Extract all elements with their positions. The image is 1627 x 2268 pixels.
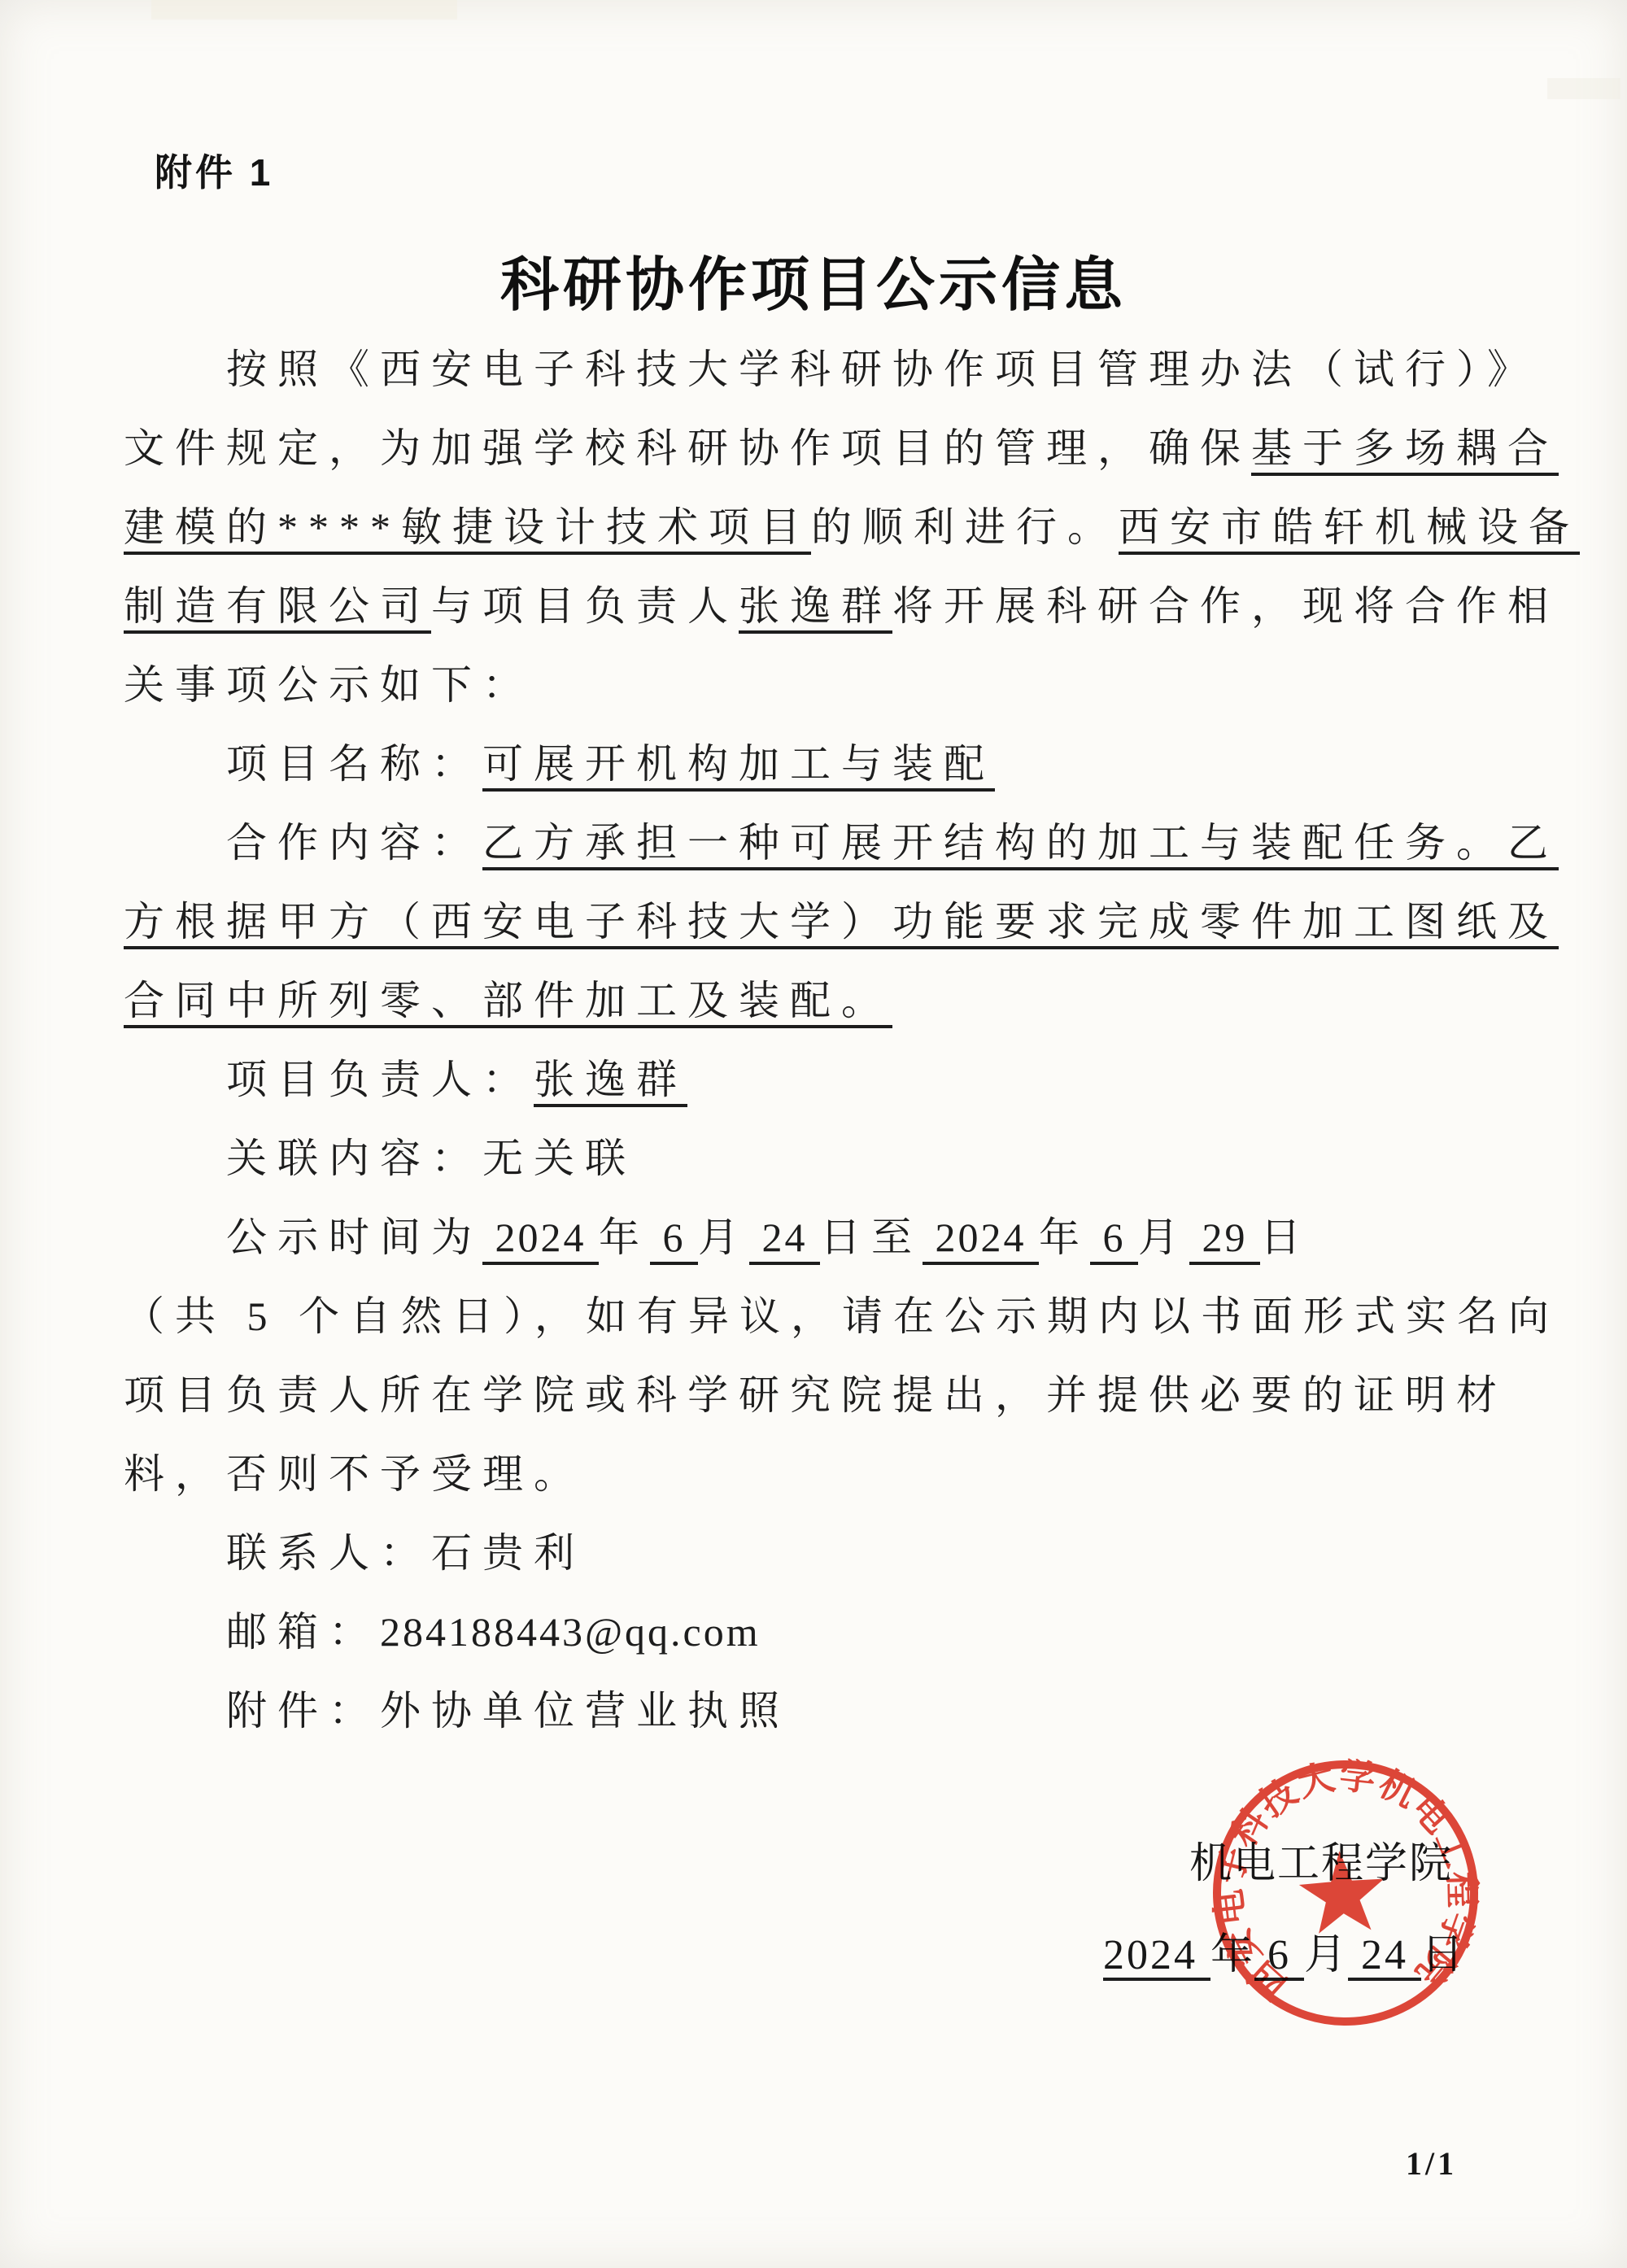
text-line: 方根据甲方（西安电子科技大学）功能要求完成零件加工图纸及 <box>124 883 1555 962</box>
text-segment: （共 5 个自然日），如有异议，请在公示期内以书面形式实名向 <box>124 1293 1559 1339</box>
text-line: 公示时间为 2024 年 6 月 24 日至 2024 年 6 月 29 日 <box>124 1198 1555 1277</box>
text-segment: 建模的****敏捷设计技术项目 <box>124 504 811 550</box>
text-segment: 关事项公示如下： <box>124 662 534 708</box>
text-line: 合同中所列零、部件加工及装配。 <box>124 962 1555 1040</box>
text-segment: 项目负责人所在学院或科学研究院提出，并提供必要的证明材 <box>124 1372 1507 1418</box>
text-segment: 年 <box>599 1215 650 1260</box>
text-segment: 2024 <box>923 1215 1039 1260</box>
text-segment: 方根据甲方（西安电子科技大学）功能要求完成零件加工图纸及 <box>124 899 1559 944</box>
text-segment: 与项目负责人 <box>431 583 739 629</box>
text-line: 合作内容：乙方承担一种可展开结构的加工与装配任务。乙 <box>124 804 1555 883</box>
text-line: 附件：外协单位营业执照 <box>124 1672 1555 1751</box>
text-line: 关联内容：无关联 <box>124 1119 1555 1198</box>
text-line: （共 5 个自然日），如有异议，请在公示期内以书面形式实名向 <box>124 1277 1555 1356</box>
page-title: 科研协作项目公示信息 <box>0 238 1627 322</box>
text-segment: 项目名称： <box>226 741 482 787</box>
text-segment: 月 <box>1138 1215 1189 1260</box>
body-text: 按照《西安电子科技大学科研协作项目管理办法（试行）》文件规定，为加强学校科研协作… <box>124 330 1555 1751</box>
text-segment: 乙方承担一种可展开结构的加工与装配任务。乙 <box>482 820 1559 866</box>
text-segment: 文件规定，为加强学校科研协作项目的管理，确保 <box>124 425 1251 471</box>
text-segment: 的顺利进行。 <box>811 504 1119 550</box>
text-segment: 年 <box>1039 1215 1090 1260</box>
text-segment: 将开展科研合作，现将合作相 <box>892 583 1559 629</box>
text-segment: 6 <box>1090 1215 1138 1260</box>
text-line: 料，否则不予受理。 <box>124 1435 1555 1514</box>
text-segment: 可展开机构加工与装配 <box>482 741 995 787</box>
text-segment: 6 <box>650 1215 698 1260</box>
text-segment: 附件：外协单位营业执照 <box>226 1688 790 1734</box>
text-segment: 按照《西安电子科技大学科研协作项目管理办法（试行）》 <box>226 347 1538 392</box>
scan-artifact <box>151 0 457 20</box>
text-line: 建模的****敏捷设计技术项目的顺利进行。西安市皓轩机械设备 <box>124 488 1555 567</box>
text-line: 项目名称：可展开机构加工与装配 <box>124 725 1555 804</box>
text-segment: 张逸群 <box>739 583 892 629</box>
text-segment: 29 <box>1189 1215 1260 1260</box>
text-segment: 制造有限公司 <box>124 583 431 629</box>
text-segment: 日至 <box>820 1215 923 1260</box>
text-segment: 基于多场耦合 <box>1251 425 1559 471</box>
text-segment: 2024 <box>482 1215 599 1260</box>
star-icon <box>1297 1848 1387 1935</box>
text-segment: 月 <box>698 1215 749 1260</box>
text-segment: 联系人：石贵利 <box>226 1530 585 1576</box>
official-stamp-seal: 西安电子科技大学机电工程学院 <box>1189 1737 1502 2049</box>
text-line: 项目负责人：张逸群 <box>124 1040 1555 1119</box>
text-line: 项目负责人所在学院或科学研究院提出，并提供必要的证明材 <box>124 1356 1555 1435</box>
text-segment: 合同中所列零、部件加工及装配。 <box>124 978 892 1023</box>
text-line: 文件规定，为加强学校科研协作项目的管理，确保基于多场耦合 <box>124 409 1555 488</box>
document-page: 附件 1 科研协作项目公示信息 按照《西安电子科技大学科研协作项目管理办法（试行… <box>0 0 1627 2268</box>
scan-artifact <box>1547 78 1620 99</box>
text-line: 联系人：石贵利 <box>124 1514 1555 1593</box>
text-segment: 料，否则不予受理。 <box>124 1451 585 1497</box>
text-segment: 西安市皓轩机械设备 <box>1119 504 1580 550</box>
text-line: 关事项公示如下： <box>124 646 1555 725</box>
text-segment: 关联内容：无关联 <box>226 1136 636 1181</box>
text-segment: 284188443@qq.com <box>380 1609 761 1655</box>
text-segment: 24 <box>749 1215 820 1260</box>
text-segment: 张逸群 <box>534 1057 687 1102</box>
text-segment: 项目负责人： <box>226 1057 534 1102</box>
text-line: 邮箱：284188443@qq.com <box>124 1593 1555 1672</box>
text-segment: 2024 <box>1103 1932 1210 1978</box>
text-line: 制造有限公司与项目负责人张逸群将开展科研合作，现将合作相 <box>124 567 1555 646</box>
text-segment: 邮箱： <box>226 1609 380 1655</box>
text-line: 按照《西安电子科技大学科研协作项目管理办法（试行）》 <box>124 330 1555 409</box>
text-segment: 公示时间为 <box>226 1215 482 1260</box>
text-segment: 合作内容： <box>226 820 482 866</box>
page-number: 1/1 <box>1406 2144 1457 2183</box>
attachment-label: 附件 1 <box>155 143 273 197</box>
text-segment: 日 <box>1260 1215 1311 1260</box>
